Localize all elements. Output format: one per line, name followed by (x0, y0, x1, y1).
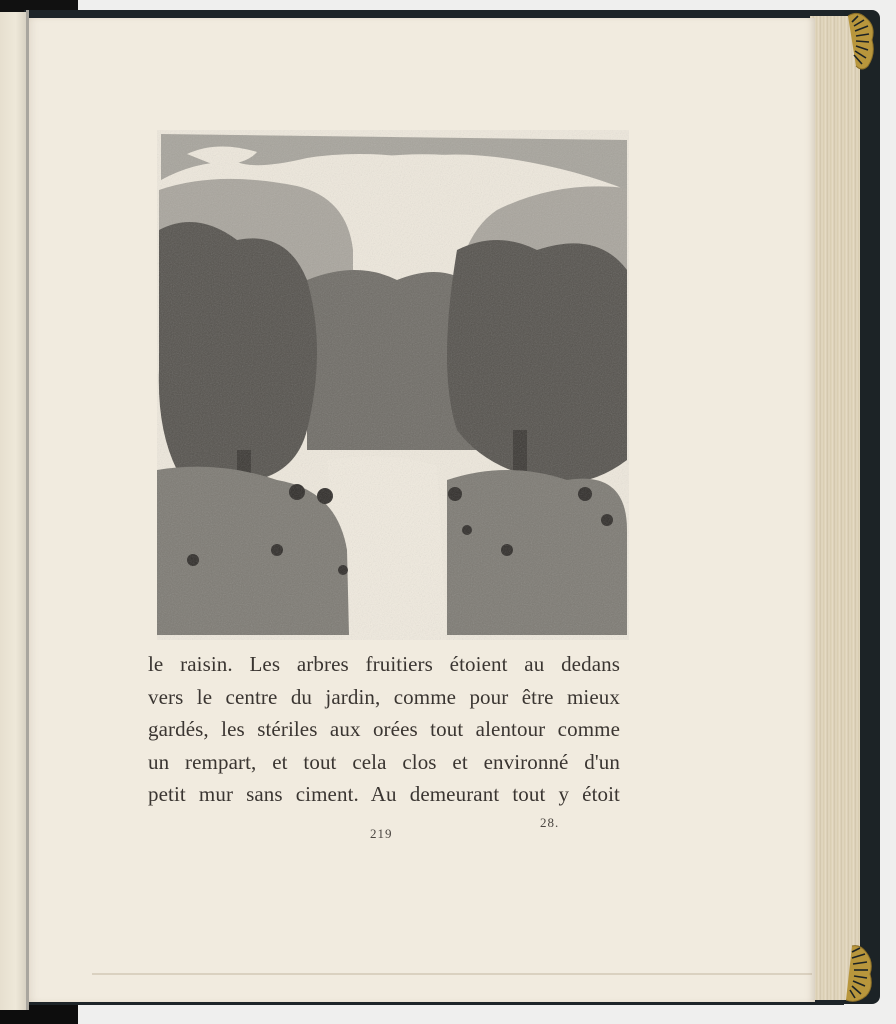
body-text: le raisin. Les arbres fruitiers étoient … (148, 648, 620, 811)
text-line: le raisin. Les arbres fruitiers étoient … (148, 648, 620, 681)
text-line: gardés, les stériles aux orées tout alen… (148, 713, 620, 746)
gilt-corner-ornament-icon (848, 12, 874, 70)
text-line: un rempart, et tout cela clos et environ… (148, 746, 620, 779)
text-line: petit mur sans ciment. Au demeurant tout… (148, 778, 620, 811)
signature-mark: 28. (540, 815, 559, 831)
page-block-fore-edge (810, 16, 860, 1000)
previous-page-edge (0, 12, 26, 1010)
text-line: vers le centre du jardin, comme pour êtr… (148, 681, 620, 714)
page-number: 219 (370, 826, 393, 842)
orchard-lithograph-illustration (157, 130, 629, 640)
page-crease (92, 973, 812, 975)
gilt-corner-ornament-icon (846, 944, 872, 1002)
